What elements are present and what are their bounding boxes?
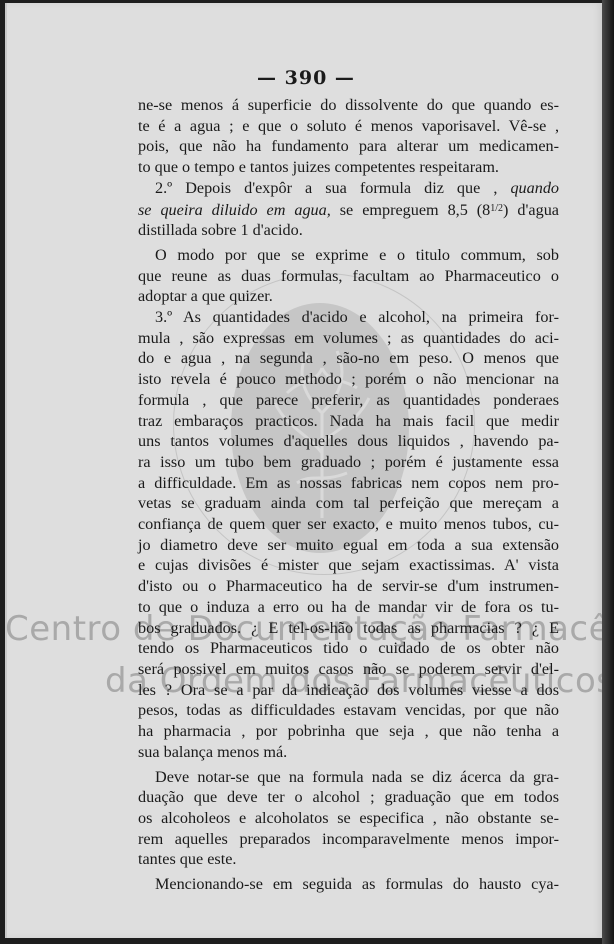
text-line: les ? Ora se a par da indicação dos volu… bbox=[138, 680, 559, 701]
paragraph: 3.º As quantidades d'acido e alcohol, na… bbox=[138, 307, 559, 762]
text-line: Deve notar-se que na formula nada se diz… bbox=[138, 767, 559, 788]
text-run: ) d'agua bbox=[503, 201, 559, 219]
text-line: ra isso um tubo bem graduado ; porém é j… bbox=[138, 452, 559, 473]
text-line: uns tantos volumes d'aquelles dous liqui… bbox=[138, 431, 559, 452]
text-run: 2.º Depois d'expôr a sua formula diz que… bbox=[155, 179, 497, 197]
text-line: será possivel em muitos casos não se pod… bbox=[138, 659, 559, 680]
text-line: d'isto ou o Pharmaceutico ha de servir-s… bbox=[138, 576, 559, 597]
text-line: pesos, todas as difficuldades estavam ve… bbox=[138, 700, 559, 721]
text-line: 2.º Depois d'expôr a sua formula diz que… bbox=[138, 178, 559, 199]
italic-text: se queira diluido em agua, bbox=[138, 201, 331, 219]
fraction: 1/2 bbox=[490, 203, 503, 214]
italic-text: quando bbox=[510, 179, 559, 197]
text-line: os alcoholeos e alcoholatos se especific… bbox=[138, 808, 559, 829]
text-line: tendo os Pharmaceuticos tido o cuidado d… bbox=[138, 638, 559, 659]
page-number: — 390 — bbox=[5, 67, 607, 89]
body-text: ne-se menos á superficie do dissolvente … bbox=[138, 95, 559, 895]
paragraph: Mencionando-se em seguida as formulas do… bbox=[138, 874, 559, 895]
text-line: adoptar a que quizer. bbox=[138, 286, 559, 307]
text-line: traz embaraços practicos. Nada ha mais f… bbox=[138, 411, 559, 432]
text-line: te é a agua ; e que o soluto é menos vap… bbox=[138, 116, 559, 137]
paragraph: Deve notar-se que na formula nada se diz… bbox=[138, 767, 559, 871]
text-line: to que o induza a erro ou ha de mandar v… bbox=[138, 597, 559, 618]
text-line: distillada sobre 1 d'acido. bbox=[138, 220, 559, 241]
text-line: duação que deve ter o alcohol ; graduaçã… bbox=[138, 787, 559, 808]
book-spine-edge bbox=[602, 0, 614, 944]
text-line: O modo por que se exprime e o titulo com… bbox=[138, 245, 559, 266]
text-line: se queira diluido em agua, se empreguem … bbox=[138, 199, 559, 221]
text-line: vetas se graduam ainda com tal perfeição… bbox=[138, 493, 559, 514]
paragraph: O modo por que se exprime e o titulo com… bbox=[138, 245, 559, 307]
text-line: ha pharmacia , por pobrinha que seja , q… bbox=[138, 721, 559, 742]
text-line: 3.º As quantidades d'acido e alcohol, na… bbox=[138, 307, 559, 328]
text-line: sua balança menos má. bbox=[138, 742, 559, 763]
text-line: que reune as duas formulas, facultam ao … bbox=[138, 266, 559, 287]
text-line: jo diametro deve ser muito egual em toda… bbox=[138, 535, 559, 556]
text-line: bos graduados. ¿ E tel-os-hão todas as p… bbox=[138, 618, 559, 639]
text-run: se empreguem 8,5 (8 bbox=[331, 201, 490, 219]
scanned-page: Centro de Documentação Farmacêutica da O… bbox=[5, 3, 602, 938]
text-line: tantes que este. bbox=[138, 849, 559, 870]
text-line: formula , que parece preferir, as quanti… bbox=[138, 390, 559, 411]
text-line: pois, que não ha fundamento para alterar… bbox=[138, 136, 559, 157]
paragraph: 2.º Depois d'expôr a sua formula diz que… bbox=[138, 178, 559, 241]
text-line: a difficuldade. Em as nossas fabricas ne… bbox=[138, 473, 559, 494]
text-line: Mencionando-se em seguida as formulas do… bbox=[138, 874, 559, 895]
paragraph: ne-se menos á superficie do dissolvente … bbox=[138, 95, 559, 178]
text-line: rem aquelles preparados incomparavelment… bbox=[138, 829, 559, 850]
text-line: ne-se menos á superficie do dissolvente … bbox=[138, 95, 559, 116]
text-line: to que o tempo e tantos juizes competent… bbox=[138, 157, 559, 178]
text-line: isto revela é pouco methodo ; porém o nã… bbox=[138, 369, 559, 390]
text-line: confiança de quem quer ser exacto, e mui… bbox=[138, 514, 559, 535]
text-line: e cujas divisões é mister que sejam exac… bbox=[138, 555, 559, 576]
text-line: mula , são expressas em volumes ; as qua… bbox=[138, 328, 559, 349]
text-line: do e agua , na segunda , são-no em peso.… bbox=[138, 348, 559, 369]
